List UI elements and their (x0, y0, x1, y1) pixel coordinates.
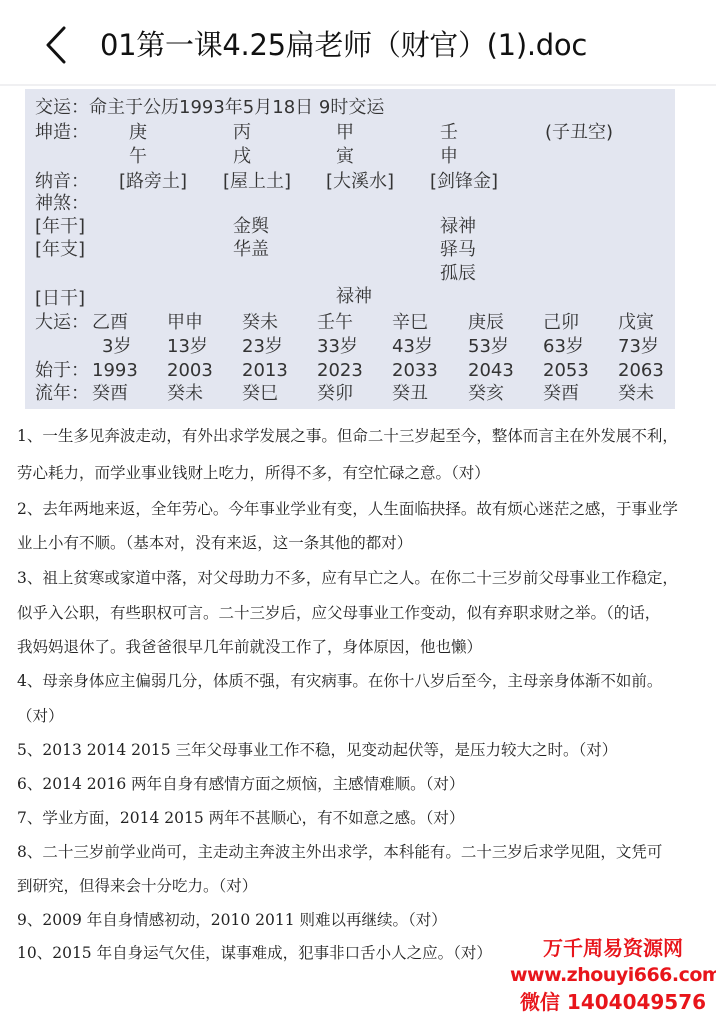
chevron-left-icon (45, 26, 67, 64)
liunian-3: 癸巳 (242, 383, 278, 405)
liunian-6: 癸亥 (468, 383, 504, 405)
prediction-2-line-1: 2、去年两地来返，全年劳心。今年事业学业有变，人生面临抉择。故有烦心迷茫之感，于… (17, 498, 678, 520)
branch-year: 午 (129, 146, 147, 168)
prediction-1-line-2: 劳心耗力，而学业事业钱财上吃力，所得不多，有空忙碌之意。（对） (17, 462, 490, 484)
prediction-9: 9、2009 年自身情感初动，2010 2011 则难以再继续。（对） (17, 909, 447, 931)
back-button[interactable] (36, 24, 76, 66)
prediction-3-line-3: 我妈妈退休了。我爸爸很早几年前就没工作了，身体原因，他也懒） (17, 636, 482, 658)
shensha-label: 神煞： (35, 193, 89, 215)
stem-year: 庚 (129, 122, 147, 144)
year-8: 2063 (618, 360, 664, 382)
branch-hour: 申 (440, 146, 458, 168)
prediction-5: 5、2013 2014 2015 三年父母事业工作不稳，见变动起伏等，是压力较大… (17, 739, 617, 761)
nayin-month: [屋上土] (223, 171, 291, 193)
watermark: 万千周易资源网 www.zhouyi666.com 微信 1404049576 (510, 935, 716, 1016)
watermark-site-name: 万千周易资源网 (510, 935, 716, 962)
age-8: 73岁 (618, 336, 659, 358)
watermark-url: www.zhouyi666.com (510, 962, 716, 989)
year-6: 2043 (468, 360, 514, 382)
dayun-label: 大运： (35, 312, 89, 334)
year-3: 2013 (242, 360, 288, 382)
prediction-7: 7、学业方面，2014 2015 两年不甚顺心，有不如意之感。（对） (17, 807, 464, 829)
shensha-huagai: 华盖 (233, 239, 269, 261)
dayun-4: 壬午 (317, 312, 353, 334)
age-1: 3岁 (102, 336, 131, 358)
prediction-4-line-1: 4、母亲身体应主偏弱几分，体质不强，有灾病事。在你十八岁后至今，主母亲身体渐不如… (17, 670, 662, 692)
nayin-label: 纳音： (35, 171, 89, 193)
shensha-jinyu: 金舆 (233, 216, 269, 238)
shiyu-label: 始于： (35, 360, 89, 382)
liunian-7: 癸酉 (543, 383, 579, 405)
year-4: 2023 (317, 360, 363, 382)
dayun-3: 癸未 (242, 312, 278, 334)
liunian-5: 癸丑 (392, 383, 428, 405)
niangan-label: [年干] (35, 216, 85, 238)
stem-month: 丙 (233, 122, 251, 144)
dayun-2: 甲申 (167, 312, 203, 334)
age-4: 33岁 (317, 336, 358, 358)
shensha-yima: 驿马 (440, 239, 476, 261)
liunian-4: 癸卯 (317, 383, 353, 405)
age-2: 13岁 (167, 336, 208, 358)
prediction-2-line-2: 业上小有不顺。（基本对，没有来返，这一条其他的都对） (17, 532, 412, 554)
liunian-1: 癸酉 (92, 383, 128, 405)
rigan-label: [日干] (35, 288, 85, 310)
kunzao-label: 坤造： (35, 122, 89, 144)
prediction-1-line-1: 1、一生多见奔波走动，有外出求学发展之事。但命二十三岁起至今，整体而言主在外发展… (17, 425, 678, 447)
prediction-10: 10、2015 年自身运气欠佳，谋事难成，犯事非口舌小人之应。（对） (17, 942, 492, 964)
year-5: 2033 (392, 360, 438, 382)
rigan-lushen: 禄神 (336, 286, 372, 308)
shensha-lushen: 禄神 (440, 216, 476, 238)
dayun-6: 庚辰 (468, 312, 504, 334)
dayun-5: 辛巳 (392, 312, 428, 334)
dayun-8: 戊寅 (618, 312, 654, 334)
nayin-day: [大溪水] (326, 171, 394, 193)
nayin-hour: [剑锋金] (430, 171, 498, 193)
branch-day: 寅 (336, 146, 354, 168)
kongwang: (子丑空) (545, 122, 613, 144)
stem-hour: 壬 (440, 122, 458, 144)
liunian-8: 癸未 (618, 383, 654, 405)
watermark-wechat: 微信 1404049576 (510, 989, 716, 1016)
year-2: 2003 (167, 360, 213, 382)
prediction-3-line-2: 似乎入公职，有些职权可言。二十三岁后，应父母事业工作变动，似有弃职求财之举。（的… (17, 602, 660, 624)
year-1: 1993 (92, 360, 138, 382)
prediction-8-line-2: 到研究，但得来会十分吃力。（对） (17, 875, 257, 897)
nayin-year: [路旁土] (119, 171, 187, 193)
branch-month: 戌 (233, 146, 251, 168)
prediction-4-line-2: （对） (17, 705, 64, 727)
stem-day: 甲 (336, 122, 354, 144)
prediction-8-line-1: 8、二十三岁前学业尚可，主走动主奔波主外出求学，本科能有。二十三岁后求学见阻，文… (17, 841, 662, 863)
dayun-1: 乙酉 (92, 312, 128, 334)
liunian-2: 癸未 (167, 383, 203, 405)
year-7: 2053 (543, 360, 589, 382)
prediction-6: 6、2014 2016 两年自身有感情方面之烦恼，主感情难顺。（对） (17, 773, 464, 795)
nianzhi-label: [年支] (35, 239, 85, 261)
bazi-chart: 交运：命主于公历1993年5月18日 9时交运 坤造： 庚 丙 甲 壬 (子丑空… (25, 89, 675, 409)
dayun-7: 己卯 (543, 312, 579, 334)
top-bar: 01第一课4.25扁老师（财官）(1).doc (0, 0, 716, 86)
jiaoyun-line: 交运：命主于公历1993年5月18日 9时交运 (35, 97, 384, 119)
liunian-label: 流年： (35, 383, 89, 405)
age-7: 63岁 (543, 336, 584, 358)
age-5: 43岁 (392, 336, 433, 358)
shensha-guchen: 孤辰 (440, 263, 476, 285)
document-title: 01第一课4.25扁老师（财官）(1).doc (100, 24, 587, 66)
age-6: 53岁 (468, 336, 509, 358)
age-3: 23岁 (242, 336, 283, 358)
prediction-3-line-1: 3、祖上贫寒或家道中落，对父母助力不多，应有早亡之人。在你二十三岁前父母事业工作… (17, 567, 678, 589)
